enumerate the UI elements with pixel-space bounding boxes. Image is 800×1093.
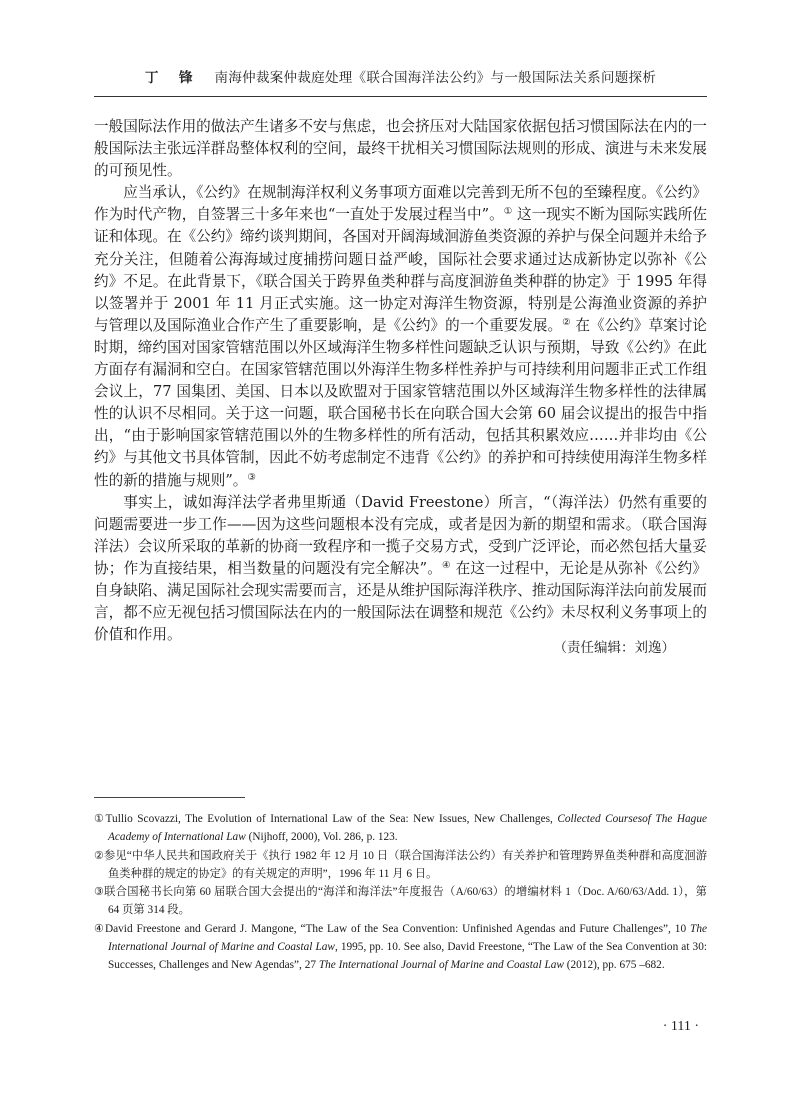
footnote-rule bbox=[94, 797, 245, 798]
page-number: · 111 · bbox=[663, 1019, 699, 1035]
footnote-text: Tullio Scovazzi, The Evolution of Intern… bbox=[106, 813, 558, 825]
paragraph-text: 在《公约》草案讨论时期，缔约国对国家管辖范围以外区域海洋生物多样性问题缺乏认识与… bbox=[94, 317, 707, 489]
footnote-text: 参见“中华人民共和国政府关于《执行 1982 年 12 月 10 日（联合国海洋… bbox=[104, 850, 707, 880]
footnote-mark: ① bbox=[94, 813, 106, 825]
running-head: 丁 锋南海仲裁案仲裁庭处理《联合国海洋法公约》与一般国际法关系问题探析 bbox=[94, 66, 707, 86]
body-paragraph: 一般国际法作用的做法产生诸多不安与焦虑，也会挤压对大陆国家依据包括习惯国际法在内… bbox=[94, 116, 707, 182]
running-head-title: 南海仲裁案仲裁庭处理《联合国海洋法公约》与一般国际法关系问题探析 bbox=[215, 70, 657, 86]
running-head-author: 丁 锋 bbox=[145, 70, 201, 86]
footnote-mark: ② bbox=[94, 850, 104, 862]
header-rule bbox=[94, 96, 707, 97]
footnote-text: (Nijhoff, 2000), Vol. 286, p. 123. bbox=[246, 831, 398, 843]
paragraph-text: 这一现实不断为国际实践所佐证和体现。在《公约》缔约谈判期间，各国对开阔海域洄游鱼… bbox=[94, 206, 707, 333]
footnotes: ①Tullio Scovazzi, The Evolution of Inter… bbox=[94, 810, 707, 975]
body-paragraph: 事实上，诚如海洋法学者弗里斯通（David Freestone）所言，“（海洋法… bbox=[94, 492, 707, 647]
footnote-item: ③联合国秘书长向第 60 届联合国大会提出的“海洋和海洋法”年度报告（A/60/… bbox=[94, 883, 707, 920]
footnote-text: (2012), pp. 675 –682. bbox=[564, 959, 665, 971]
editor-note: （责任编辑：刘逸） bbox=[554, 636, 676, 656]
footnote-reference[interactable]: ① bbox=[504, 206, 513, 217]
footnote-reference[interactable]: ③ bbox=[247, 472, 256, 483]
footnote-reference[interactable]: ② bbox=[562, 317, 571, 328]
body-text: 一般国际法作用的做法产生诸多不安与焦虑，也会挤压对大陆国家依据包括习惯国际法在内… bbox=[94, 116, 707, 646]
footnote-mark: ③ bbox=[94, 886, 104, 898]
footnote-mark: ④ bbox=[94, 923, 105, 935]
body-paragraph: 应当承认，《公约》在规制海洋权利义务事项方面难以完善到无所不包的至臻程度。《公约… bbox=[94, 182, 707, 491]
footnote-item: ④David Freestone and Gerard J. Mangone, … bbox=[94, 920, 707, 975]
footnote-item: ②参见“中华人民共和国政府关于《执行 1982 年 12 月 10 日（联合国海… bbox=[94, 847, 707, 884]
footnote-text: 联合国秘书长向第 60 届联合国大会提出的“海洋和海洋法”年度报告（A/60/6… bbox=[104, 886, 707, 916]
footnote-item: ①Tullio Scovazzi, The Evolution of Inter… bbox=[94, 810, 707, 847]
paragraph-text: 一般国际法作用的做法产生诸多不安与焦虑，也会挤压对大陆国家依据包括习惯国际法在内… bbox=[94, 118, 707, 179]
footnote-italic-title: The International Journal of Marine and … bbox=[319, 959, 564, 971]
footnote-reference[interactable]: ④ bbox=[442, 560, 451, 571]
footnote-text: David Freestone and Gerard J. Mangone, “… bbox=[105, 923, 690, 935]
